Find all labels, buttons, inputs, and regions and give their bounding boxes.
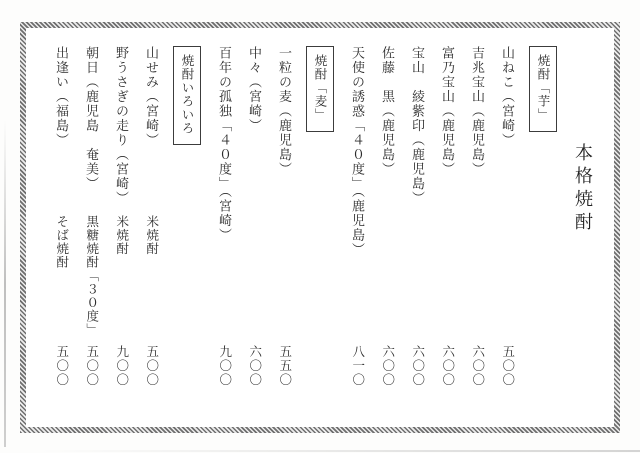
item-name: 出逢い（福島） (54, 46, 69, 148)
item-price: 五〇〇 (55, 345, 68, 387)
item-name: 佐藤 黒（鹿児島） (380, 46, 395, 177)
item-price: 六〇〇 (248, 345, 261, 387)
section-label-imo: 焼酎「芋」 (529, 46, 557, 132)
item-price: 六〇〇 (381, 345, 394, 387)
item-name: 宝山 綾紫印（鹿児島） (410, 46, 425, 206)
item-price: 五〇〇 (85, 345, 98, 387)
menu-item: 天使の誘惑「４０度」（鹿児島） 八一〇 (351, 46, 364, 413)
item-price: 六〇〇 (411, 345, 424, 387)
item-type-note: 黒糖焼酎「３０度」 (85, 215, 98, 337)
menu-item: 野うさぎの走り（宮崎） 米焼酎 九〇〇 (115, 46, 128, 413)
item-name: 吉兆宝山（鹿児島） (470, 46, 485, 177)
item-name: 一粒の麦（鹿児島） (277, 46, 292, 177)
menu-item: 吉兆宝山（鹿児島） 六〇〇 (471, 46, 484, 413)
item-name: 富乃宝山（鹿児島） (440, 46, 455, 177)
menu-item: 山ねこ（宮崎） 五〇〇 (501, 46, 514, 413)
item-price: 九〇〇 (218, 345, 231, 387)
page-edge-shadow (4, 120, 6, 447)
menu-item: 佐藤 黒（鹿児島） 六〇〇 (381, 46, 394, 413)
menu-item: 出逢い（福島） そば焼酎 五〇〇 (55, 46, 68, 413)
item-type-note: そば焼酎 (55, 215, 68, 269)
menu-item: 一粒の麦（鹿児島） 五五〇 (278, 46, 291, 413)
item-type-note: 米焼酎 (145, 215, 158, 256)
menu-title: 本格焼酎 (570, 46, 596, 413)
item-price: 五五〇 (278, 345, 291, 387)
page-edge-shadow-bottom (40, 450, 640, 452)
item-name: 山せみ（宮崎） (144, 46, 159, 148)
item-price: 六〇〇 (441, 345, 454, 387)
menu-item: 山せみ（宮崎） 米焼酎 五〇〇 (145, 46, 158, 413)
item-price: 五〇〇 (145, 345, 158, 387)
menu-item: 朝日（鹿児島 奄美） 黒糖焼酎「３０度」 五〇〇 (85, 46, 98, 413)
item-type-note: 米焼酎 (115, 215, 128, 256)
item-name: 山ねこ（宮崎） (500, 46, 515, 148)
item-price: 六〇〇 (471, 345, 484, 387)
item-price: 八一〇 (351, 345, 364, 387)
item-price: 九〇〇 (115, 345, 128, 387)
item-name: 中々（宮崎） (247, 46, 262, 133)
section-label-mugi: 焼酎「麦」 (306, 46, 334, 132)
menu-item: 富乃宝山（鹿児島） 六〇〇 (441, 46, 454, 413)
menu-decorative-frame: 本格焼酎 焼酎「芋」 山ねこ（宮崎） 五〇〇 吉兆宝山（鹿児島） 六〇〇 富乃宝… (20, 22, 620, 433)
menu-item: 宝山 綾紫印（鹿児島） 六〇〇 (411, 46, 424, 413)
section-label-iroiro: 焼酎いろいろ (173, 46, 201, 145)
menu-item: 百年の孤独「４０度」（宮崎） 九〇〇 (218, 46, 231, 413)
item-name: 朝日（鹿児島 奄美） (84, 46, 99, 191)
item-name: 百年の孤独「４０度」（宮崎） (217, 46, 232, 243)
item-name: 天使の誘惑「４０度」（鹿児島） (350, 46, 365, 257)
item-name: 野うさぎの走り（宮崎） (114, 46, 129, 206)
menu-content: 本格焼酎 焼酎「芋」 山ねこ（宮崎） 五〇〇 吉兆宝山（鹿児島） 六〇〇 富乃宝… (32, 34, 608, 421)
menu-item: 中々（宮崎） 六〇〇 (248, 46, 261, 413)
item-price: 五〇〇 (501, 345, 514, 387)
